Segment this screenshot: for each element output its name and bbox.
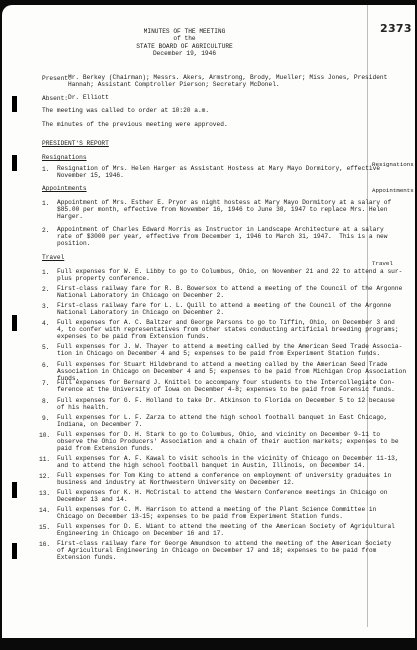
item-line: Engineering in Chicago on December 16 an… <box>57 531 224 538</box>
item-number: 10. <box>39 432 50 439</box>
item-number: 15. <box>39 524 50 531</box>
item-number: 1. <box>42 166 49 173</box>
item-line: of his health. <box>57 405 109 412</box>
item-line: paid from Extension funds. <box>57 446 154 453</box>
header-line: of the <box>2 35 367 42</box>
item-line: Chicago on December 13-15; expenses to b… <box>57 514 343 521</box>
margin-note-travel: Travel <box>372 260 393 267</box>
binder-tab-mark <box>12 155 17 171</box>
item-line: National Laboratory in Chicago on Decemb… <box>57 293 224 300</box>
item-line: December 13 and 14. <box>57 497 128 504</box>
header-line: MINUTES OF THE MEETING <box>2 28 367 35</box>
binder-tab-mark <box>12 96 17 112</box>
item-number: 13. <box>39 490 50 497</box>
item-line: $85.00 per month, effective from Novembe… <box>57 207 387 214</box>
document-header: MINUTES OF THE MEETING of the STATE BOAR… <box>2 28 367 58</box>
item-number: 1. <box>42 200 49 207</box>
item-number: 7. <box>42 380 49 387</box>
item-number: 14. <box>39 507 50 514</box>
binder-tab-mark <box>12 543 17 559</box>
item-number: 9. <box>42 415 49 422</box>
item-number: 8. <box>42 398 49 405</box>
item-number: 4. <box>42 320 49 327</box>
item-line: National Laboratory in Chicago on Decemb… <box>57 310 224 317</box>
item-line: business and industry at Northwestern Un… <box>57 480 295 487</box>
minutes-approved: The minutes of the previous meeting were… <box>42 122 228 129</box>
item-number: 12. <box>39 473 50 480</box>
item-line: tion in Chicago on December 4 and 5; exp… <box>57 351 380 358</box>
margin-note-appointments: Appointments <box>372 187 414 194</box>
item-number: 1. <box>42 269 49 276</box>
document-page: 2373 MINUTES OF THE MEETING of the STATE… <box>2 5 415 638</box>
binder-tab-mark <box>12 482 17 498</box>
item-number: 5. <box>42 344 49 351</box>
absent-value: Dr. Elliott <box>68 95 109 102</box>
page-number: 2373 <box>380 22 412 35</box>
item-number: 2. <box>42 227 49 234</box>
binder-tab-mark <box>12 315 17 331</box>
item-line: ference at the University of Iowa on Dec… <box>57 387 395 394</box>
appointments-heading: Appointments <box>42 186 87 193</box>
present-line: Hannah; Assistant Comptroller Pierson; S… <box>68 82 280 89</box>
resignations-heading: Resignations <box>42 155 87 162</box>
header-line: December 19, 1946 <box>2 50 367 57</box>
item-line: plus property conference. <box>57 276 150 283</box>
item-line: position. <box>57 241 90 248</box>
item-number: 11. <box>39 456 50 463</box>
header-line: STATE BOARD OF AGRICULTURE <box>2 43 367 50</box>
item-line: November 15, 1946. <box>57 173 124 180</box>
item-number: 16. <box>39 541 50 548</box>
margin-rule <box>367 5 368 627</box>
item-number: 6. <box>42 362 49 369</box>
item-line: rate of $3000 per year, effective from D… <box>57 234 387 241</box>
item-line: expenses to be paid from Extension funds… <box>57 334 209 341</box>
item-line: Harger. <box>57 214 83 221</box>
section-title: PRESIDENT'S REPORT <box>42 141 109 148</box>
item-number: 3. <box>42 303 49 310</box>
travel-heading: Travel <box>42 255 64 262</box>
item-line: Extension funds. <box>57 555 116 562</box>
absent-label: Absent: <box>42 95 68 102</box>
called-to-order: The meeting was called to order at 10:20… <box>42 108 209 115</box>
item-number: 2. <box>42 286 49 293</box>
item-line: Association in Chicago on December 4 and… <box>57 369 406 376</box>
item-line: and to attend the high school football b… <box>57 463 365 470</box>
item-line: Indiana, on December 7. <box>57 422 142 429</box>
